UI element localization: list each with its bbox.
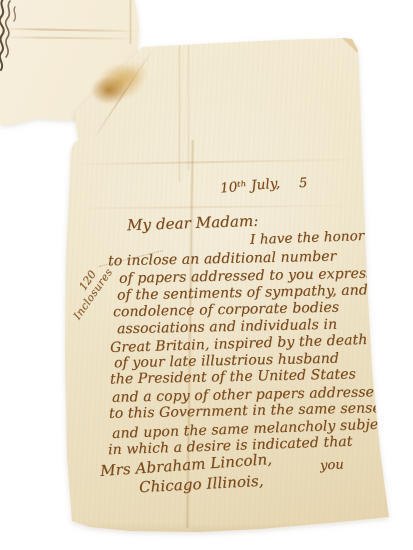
paper-speck [376,163,379,165]
dateline-year: 5 [298,176,307,192]
horizontal-crease [72,158,362,165]
letter-paper: 10ᵗʰ July, 5 My dear Madam: I have the h… [0,0,413,550]
folded-corner [341,37,359,53]
horizontal-crease [75,205,355,210]
ink-stain [86,58,146,110]
dateline-day: 10ᵗʰ July, [219,175,280,196]
letter-document: 10ᵗʰ July, 5 My dear Madam: I have the h… [0,0,413,550]
opening-phrase: I have the honor [250,228,365,248]
marginal-annotation: 120 Inclosures [55,251,121,331]
catchword: you [320,457,345,473]
paper-speck [369,161,372,163]
manuscript-photograph: 10ᵗʰ July, 5 My dear Madam: I have the h… [0,0,413,550]
salutation: My dear Madam: [127,212,259,235]
vertical-fold-line [187,42,190,170]
